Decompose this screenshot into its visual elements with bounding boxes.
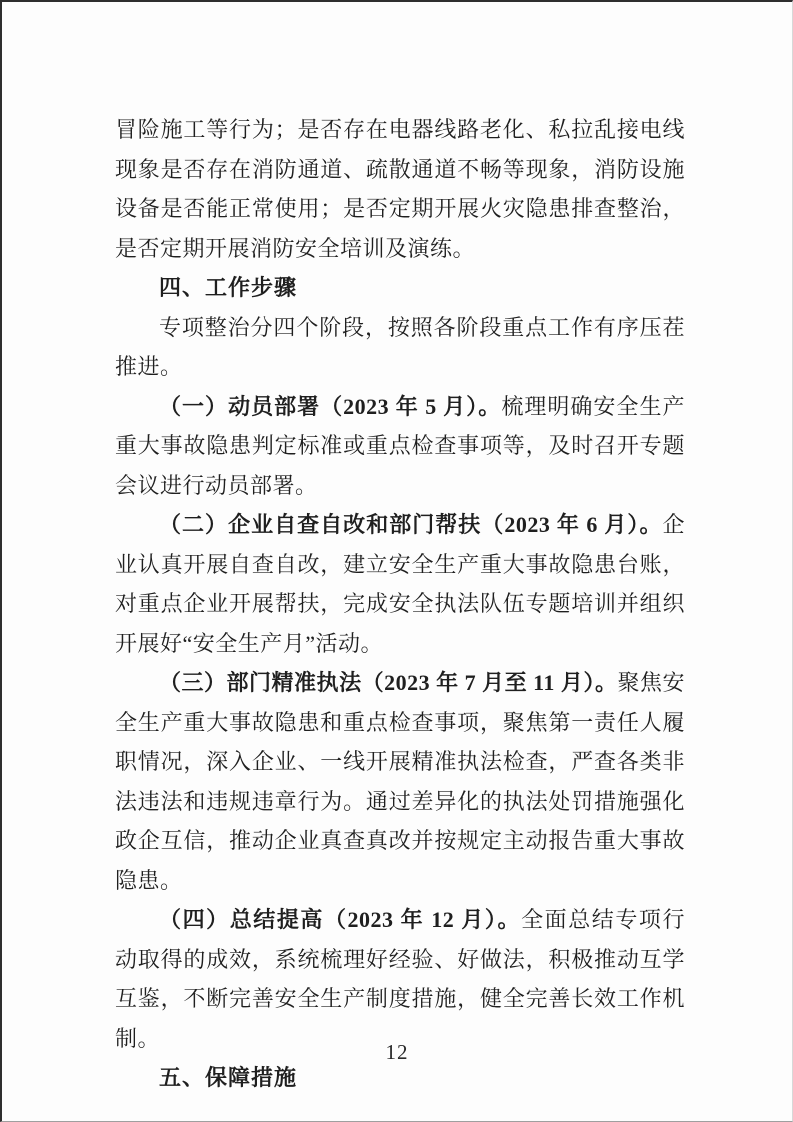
- paragraph-phase-4: （四）总结提高（2023 年 12 月）。全面总结专项行动取得的成效，系统梳理好…: [115, 900, 685, 1058]
- document-body: 冒险施工等行为；是否存在电器线路老化、私拉乱接电线现象是否存在消防通道、疏散通道…: [115, 110, 685, 1098]
- phase-1-title: （一）动员部署（2023 年 5 月）。: [159, 394, 501, 419]
- paragraph-phase-3: （三）部门精准执法（2023 年 7 月至 11 月）。聚焦安全生产重大事故隐患…: [115, 663, 685, 900]
- section-heading-work-steps: 四、工作步骤: [115, 268, 685, 308]
- phase-4-title: （四）总结提高（2023 年 12 月）。: [159, 907, 521, 932]
- page-footer: 12: [2, 1040, 792, 1065]
- paragraph-section4-intro: 专项整治分四个阶段，按照各阶段重点工作有序压茬推进。: [115, 308, 685, 387]
- phase-3-title: （三）部门精准执法（2023 年 7 月至 11 月）。: [159, 670, 617, 695]
- phase-2-title: （二）企业自查自改和部门帮扶（2023 年 6 月）。: [159, 512, 662, 537]
- paragraph-continuation: 冒险施工等行为；是否存在电器线路老化、私拉乱接电线现象是否存在消防通道、疏散通道…: [115, 110, 685, 268]
- paragraph-phase-1: （一）动员部署（2023 年 5 月）。梳理明确安全生产重大事故隐患判定标准或重…: [115, 387, 685, 506]
- paragraph-phase-2: （二）企业自查自改和部门帮扶（2023 年 6 月）。企业认真开展自查自改，建立…: [115, 505, 685, 663]
- page-number: 12: [386, 1040, 409, 1064]
- phase-3-text: 聚焦安全生产重大事故隐患和重点检查事项，聚焦第一责任人履职情况，深入企业、一线开…: [115, 670, 685, 893]
- scanned-document-page: 冒险施工等行为；是否存在电器线路老化、私拉乱接电线现象是否存在消防通道、疏散通道…: [0, 0, 793, 1122]
